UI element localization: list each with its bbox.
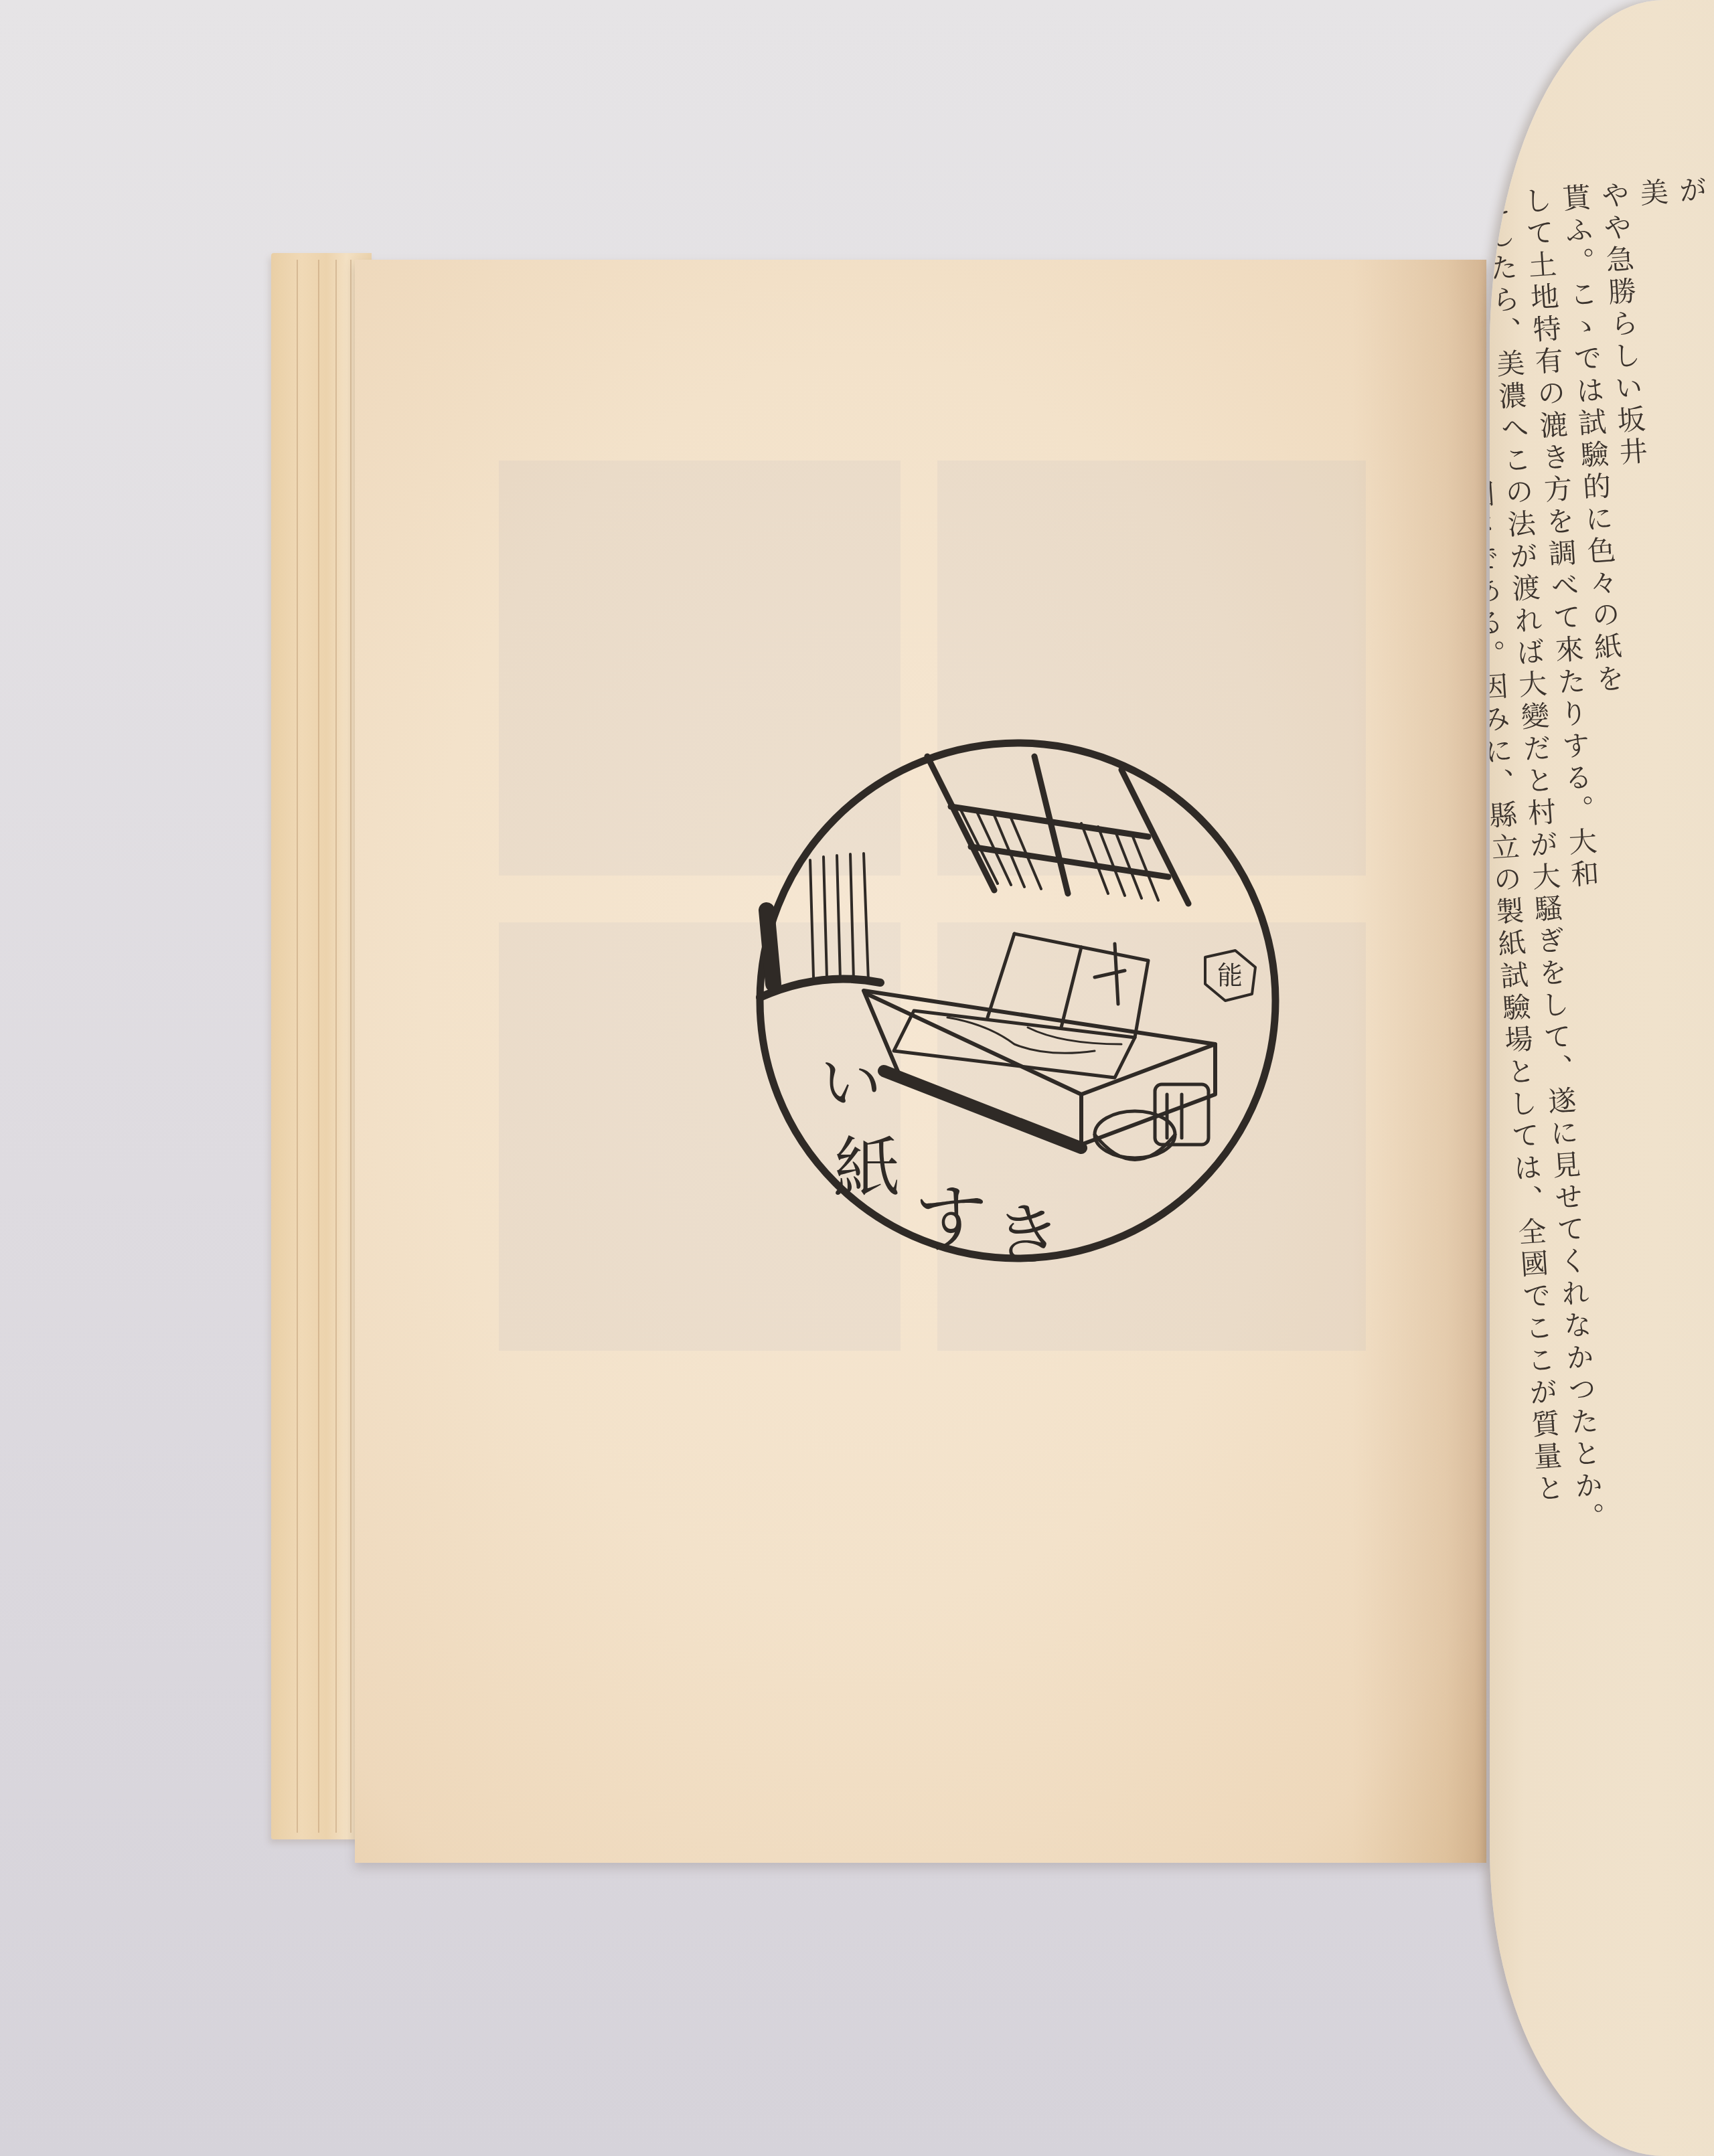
- svg-text:き: き: [994, 1196, 1061, 1272]
- page-edge-line: [350, 260, 352, 1833]
- book-photo: 能 い 紙 す き が 美 やや急勝らしい坂井 貰ふ。こゝでは試驗的に色々の紙を…: [0, 0, 1714, 2156]
- svg-text:い: い: [820, 1048, 882, 1119]
- woodcut-illustration: 能 い 紙 す き: [747, 730, 1289, 1272]
- svg-text:す: す: [914, 1177, 988, 1262]
- seal-character: 能: [1217, 961, 1243, 990]
- paper-screen-icon: [894, 934, 1148, 1078]
- papermaking-vat-illustration: 能 い 紙 す き: [747, 730, 1289, 1272]
- svg-text:紙: 紙: [834, 1129, 901, 1208]
- gutter-shadow: [1352, 260, 1486, 1863]
- page-edge-line: [318, 260, 319, 1833]
- bucket-and-bowl-icon: [1095, 1084, 1209, 1160]
- page-edge-line: [297, 260, 298, 1833]
- vertical-text-block: が 美 やや急勝らしい坂井 貰ふ。こゝでは試驗的に色々の紙を して土地特有の漉き…: [1490, 174, 1714, 1552]
- paper-stack-icon: [810, 853, 868, 981]
- right-page: が 美 やや急勝らしい坂井 貰ふ。こゝでは試驗的に色々の紙を して土地特有の漉き…: [1490, 0, 1714, 2156]
- illustration-caption: い 紙 す き: [820, 1048, 1061, 1272]
- page-edge-line: [335, 260, 337, 1833]
